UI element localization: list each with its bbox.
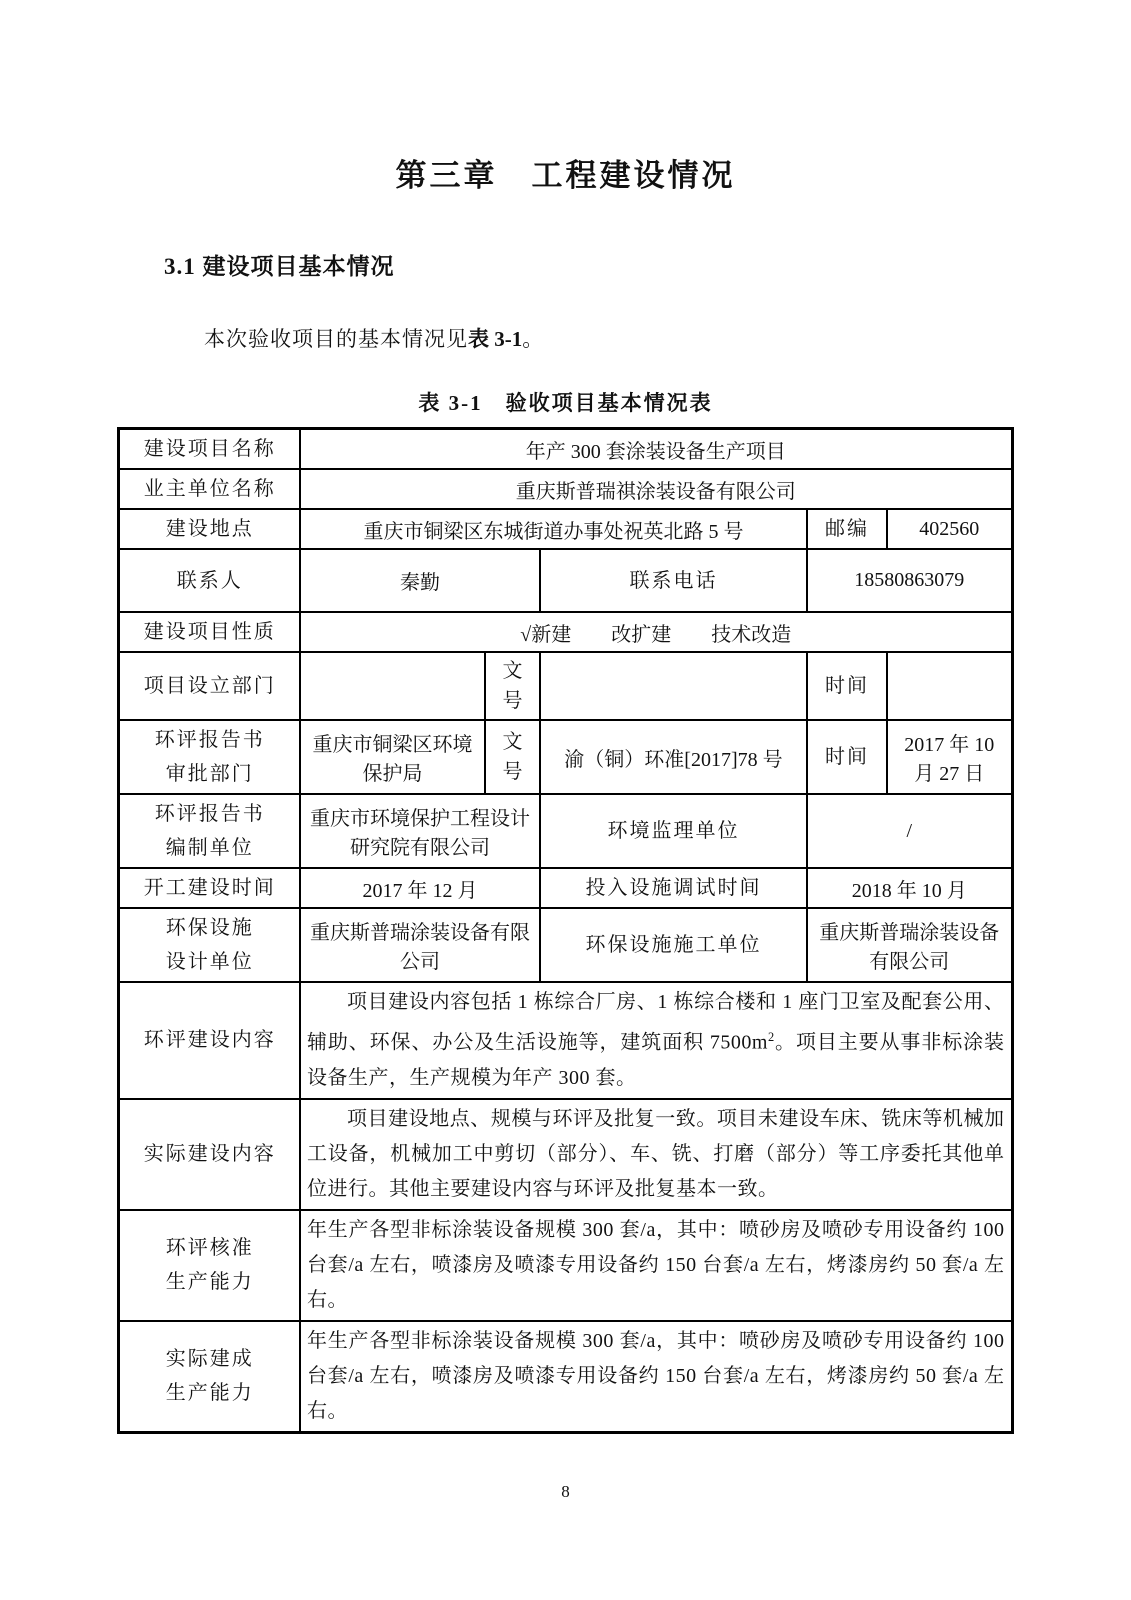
table-row: 业主单位名称 重庆斯普瑞祺涂装设备有限公司 — [119, 469, 1012, 509]
setup-dept-label: 项目设立部门 — [119, 652, 300, 720]
actual-content-paragraph: 项目建设地点、规模与环评及批复一致。项目未建设车床、铣床等机械加工设备，机械加工… — [307, 1102, 1005, 1207]
project-name-label: 建设项目名称 — [119, 429, 300, 470]
table-row: 环评建设内容 项目建设内容包括 1 栋综合厂房、1 栋综合楼和 1 座门卫室及配… — [119, 982, 1012, 1099]
setup-doc-label: 文 号 — [485, 652, 540, 720]
eia-doc-value: 渝（铜）环准[2017]78 号 — [540, 720, 807, 794]
table-row: 建设项目名称 年产 300 套涂装设备生产项目 — [119, 429, 1012, 470]
setup-time-value — [887, 652, 1012, 720]
table-caption: 表 3-1 验收项目基本情况表 — [0, 387, 1131, 417]
env-construct-value: 重庆斯普瑞涂装设备有限公司 — [807, 908, 1012, 982]
table-row: 环评报告书 审批部门 重庆市铜梁区环境保护局 文 号 渝（铜）环准[2017]7… — [119, 720, 1012, 794]
table-row: 实际建设内容 项目建设地点、规模与环评及批复一致。项目未建设车床、铣床等机械加工… — [119, 1099, 1012, 1210]
debug-time-label: 投入设施调试时间 — [540, 868, 807, 908]
start-time-label: 开工建设时间 — [119, 868, 300, 908]
intro-prefix: 本次验收项目的基本情况见 — [204, 327, 468, 351]
nature-label: 建设项目性质 — [119, 612, 300, 652]
owner-label: 业主单位名称 — [119, 469, 300, 509]
location-value: 重庆市铜梁区东城街道办事处祝英北路 5 号 — [300, 509, 807, 549]
phone-value: 18580863079 — [807, 549, 1012, 612]
owner-value: 重庆斯普瑞祺涂装设备有限公司 — [300, 469, 1012, 509]
table-row: 环评报告书 编制单位 重庆市环境保护工程设计研究院有限公司 环境监理单位 / — [119, 794, 1012, 868]
env-supervision-label: 环境监理单位 — [540, 794, 807, 868]
eia-compiler-value: 重庆市环境保护工程设计研究院有限公司 — [300, 794, 540, 868]
env-construct-label: 环保设施施工单位 — [540, 908, 807, 982]
table-row: 环保设施 设计单位 重庆斯普瑞涂装设备有限公司 环保设施施工单位 重庆斯普瑞涂装… — [119, 908, 1012, 982]
zip-label: 邮编 — [807, 509, 887, 549]
env-supervision-value: / — [807, 794, 1012, 868]
table-row: 联系人 秦勤 联系电话 18580863079 — [119, 549, 1012, 612]
env-design-value: 重庆斯普瑞涂装设备有限公司 — [300, 908, 540, 982]
eia-approval-label: 环评报告书 审批部门 — [119, 720, 300, 794]
actual-capacity-paragraph: 年生产各型非标涂装设备规模 300 套/a，其中：喷砂房及喷砂专用设备约 100… — [307, 1324, 1005, 1429]
env-design-label: 环保设施 设计单位 — [119, 908, 300, 982]
setup-time-label: 时间 — [807, 652, 887, 720]
phone-label: 联系电话 — [540, 549, 807, 612]
nature-value: √新建 改扩建 技术改造 — [300, 612, 1012, 652]
basic-info-table: 建设项目名称 年产 300 套涂装设备生产项目 业主单位名称 重庆斯普瑞祺涂装设… — [117, 427, 1013, 1434]
table-row: 实际建成 生产能力 年生产各型非标涂装设备规模 300 套/a，其中：喷砂房及喷… — [119, 1321, 1012, 1433]
eia-capacity-label: 环评核准 生产能力 — [119, 1210, 300, 1321]
table-row: 环评核准 生产能力 年生产各型非标涂装设备规模 300 套/a，其中：喷砂房及喷… — [119, 1210, 1012, 1321]
chapter-title: 第三章 工程建设情况 — [0, 0, 1131, 195]
contact-value: 秦勤 — [300, 549, 540, 612]
actual-capacity-value: 年生产各型非标涂装设备规模 300 套/a，其中：喷砂房及喷砂专用设备约 100… — [300, 1321, 1012, 1433]
section-heading: 3.1 建设项目基本情况 — [164, 248, 1131, 281]
location-label: 建设地点 — [119, 509, 300, 549]
intro-paragraph: 本次验收项目的基本情况见表 3-1。 — [204, 323, 1131, 353]
actual-capacity-label: 实际建成 生产能力 — [119, 1321, 300, 1433]
eia-capacity-value: 年生产各型非标涂装设备规模 300 套/a，其中：喷砂房及喷砂专用设备约 100… — [300, 1210, 1012, 1321]
table-row: 建设项目性质 √新建 改扩建 技术改造 — [119, 612, 1012, 652]
eia-approval-dept: 重庆市铜梁区环境保护局 — [300, 720, 485, 794]
contact-label: 联系人 — [119, 549, 300, 612]
table-row: 开工建设时间 2017 年 12 月 投入设施调试时间 2018 年 10 月 — [119, 868, 1012, 908]
project-name-value: 年产 300 套涂装设备生产项目 — [300, 429, 1012, 470]
eia-content-label: 环评建设内容 — [119, 982, 300, 1099]
eia-content-paragraph: 项目建设内容包括 1 栋综合厂房、1 栋综合楼和 1 座门卫室及配套公用、辅助、… — [307, 985, 1005, 1096]
actual-content-label: 实际建设内容 — [119, 1099, 300, 1210]
table-row: 项目设立部门 文 号 时间 — [119, 652, 1012, 720]
actual-content-value: 项目建设地点、规模与环评及批复一致。项目未建设车床、铣床等机械加工设备，机械加工… — [300, 1099, 1012, 1210]
table-reference: 表 3-1 — [468, 327, 522, 351]
eia-compiler-label: 环评报告书 编制单位 — [119, 794, 300, 868]
eia-time-value: 2017 年 10 月 27 日 — [887, 720, 1012, 794]
eia-capacity-paragraph: 年生产各型非标涂装设备规模 300 套/a，其中：喷砂房及喷砂专用设备约 100… — [307, 1213, 1005, 1318]
eia-content-superscript: 2 — [768, 1030, 775, 1044]
table-row: 建设地点 重庆市铜梁区东城街道办事处祝英北路 5 号 邮编 402560 — [119, 509, 1012, 549]
setup-doc-value — [540, 652, 807, 720]
document-page: 第三章 工程建设情况 3.1 建设项目基本情况 本次验收项目的基本情况见表 3-… — [0, 0, 1131, 1600]
start-time-value: 2017 年 12 月 — [300, 868, 540, 908]
setup-dept-value — [300, 652, 485, 720]
eia-doc-label: 文 号 — [485, 720, 540, 794]
page-number: 8 — [0, 1482, 1131, 1502]
intro-suffix: 。 — [522, 327, 544, 351]
eia-time-label: 时间 — [807, 720, 887, 794]
debug-time-value: 2018 年 10 月 — [807, 868, 1012, 908]
eia-content-value: 项目建设内容包括 1 栋综合厂房、1 栋综合楼和 1 座门卫室及配套公用、辅助、… — [300, 982, 1012, 1099]
zip-value: 402560 — [887, 509, 1012, 549]
